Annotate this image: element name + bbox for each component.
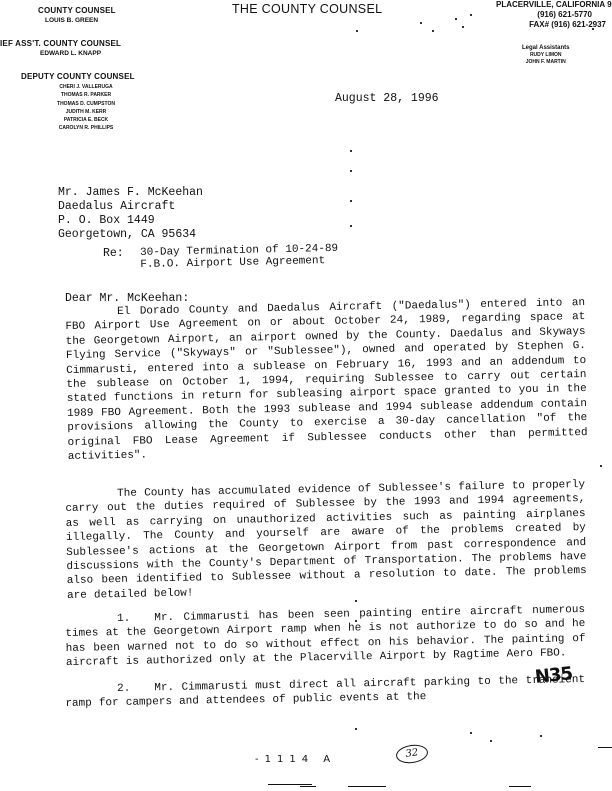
office-contact: PLACERVILLE, CALIFORNIA 95 (916) 621-577… [496, 0, 612, 30]
scan-speck [350, 150, 352, 152]
scan-speck [420, 22, 422, 24]
legal-assistants-title: Legal Assistants [522, 45, 569, 52]
scan-speck [592, 28, 594, 30]
deputy-list: CHERI J. VALLERUGA THOMAS R. PARKER THOM… [36, 83, 136, 133]
county-counsel-name: LOUIS B. GREEN [45, 17, 98, 24]
county-counsel-title: COUNTY COUNSEL [38, 6, 116, 15]
paragraph-text: The County has accumulated evidence of S… [65, 479, 587, 602]
office-city: PLACERVILLE, CALIFORNIA 95 [496, 0, 612, 10]
recipient-address: Mr. James F. McKeehan Daedalus Aircraft … [58, 186, 203, 242]
deputy-name: THOMAS D. CUMPSTON [36, 100, 136, 108]
item-number: 2. [117, 683, 130, 695]
scan-speck [470, 732, 472, 734]
paragraph-text: El Dorado County and Daedalus Aircraft (… [65, 297, 587, 463]
scan-speck [355, 620, 357, 622]
scan-rule [509, 786, 531, 787]
recipient-city: Georgetown, CA 95634 [58, 228, 203, 242]
body-paragraph: El Dorado County and Daedalus Aircraft (… [65, 296, 588, 464]
scan-speck [355, 728, 357, 730]
item-text: Mr. Cimmarusti has been seen painting en… [65, 604, 585, 669]
numbered-item: 1.Mr. Cimmarusti has been seen painting … [65, 603, 586, 671]
deputy-title: DEPUTY COUNTY COUNSEL [21, 72, 135, 81]
deputy-name: PATRICIA E. BECK [36, 116, 136, 124]
chief-asst-name: EDWARD L. KNAPP [40, 50, 101, 57]
scan-speck [462, 26, 464, 28]
legal-assistant-name: JOHN F. MARTIN [522, 59, 569, 66]
deputy-name: CAROLYN R. PHILLIPS [36, 124, 136, 132]
scan-speck [432, 30, 434, 32]
letter-date: August 28, 1996 [335, 92, 439, 105]
subject-lines: 30-Day Termination of 10-24-89 F.B.O. Ai… [140, 243, 339, 271]
office-title: THE COUNTY COUNSEL [232, 2, 382, 16]
scan-speck [350, 225, 352, 227]
chief-asst-title: IEF ASS'T. COUNTY COUNSEL [0, 39, 121, 48]
numbered-item: 2.Mr. Cimmarusti must direct all aircraf… [65, 673, 585, 712]
subject-label: Re: [103, 247, 124, 260]
handwritten-footer-mark: -1114 A [255, 754, 336, 765]
scan-rule [300, 786, 316, 787]
deputy-name: CHERI J. VALLERUGA [36, 83, 136, 91]
scan-rule [598, 747, 612, 748]
scan-speck [355, 600, 357, 602]
scan-speck [600, 465, 602, 467]
recipient-po-box: P. O. Box 1449 [58, 214, 203, 228]
recipient-company: Daedalus Aircraft [58, 200, 203, 214]
scan-speck [470, 14, 472, 16]
recipient-name: Mr. James F. McKeehan [58, 186, 203, 200]
scan-speck [540, 735, 542, 737]
deputy-name: JUDITH M. KERR [36, 108, 136, 116]
office-phone: (916) 621-5770 [496, 10, 592, 20]
item-number: 1. [117, 613, 130, 625]
page-number-circle: 32 [395, 743, 429, 765]
scan-speck [490, 740, 492, 742]
legal-assistant-name: RUDY LIMON [522, 52, 569, 59]
legal-assistants: Legal Assistants RUDY LIMON JOHN F. MART… [522, 45, 569, 66]
scan-speck [350, 200, 352, 202]
body-paragraph: The County has accumulated evidence of S… [65, 478, 587, 603]
document-stamp: N35 [534, 663, 573, 688]
office-fax: FAX# (916) 621-2937 [496, 20, 606, 30]
deputy-name: THOMAS R. PARKER [36, 91, 136, 99]
scan-speck [356, 30, 358, 32]
item-text: Mr. Cimmarusti must direct all aircraft … [65, 674, 585, 710]
scan-speck [350, 170, 352, 172]
scan-rule [348, 786, 386, 787]
scan-rule [268, 784, 312, 785]
scan-speck [455, 18, 457, 20]
